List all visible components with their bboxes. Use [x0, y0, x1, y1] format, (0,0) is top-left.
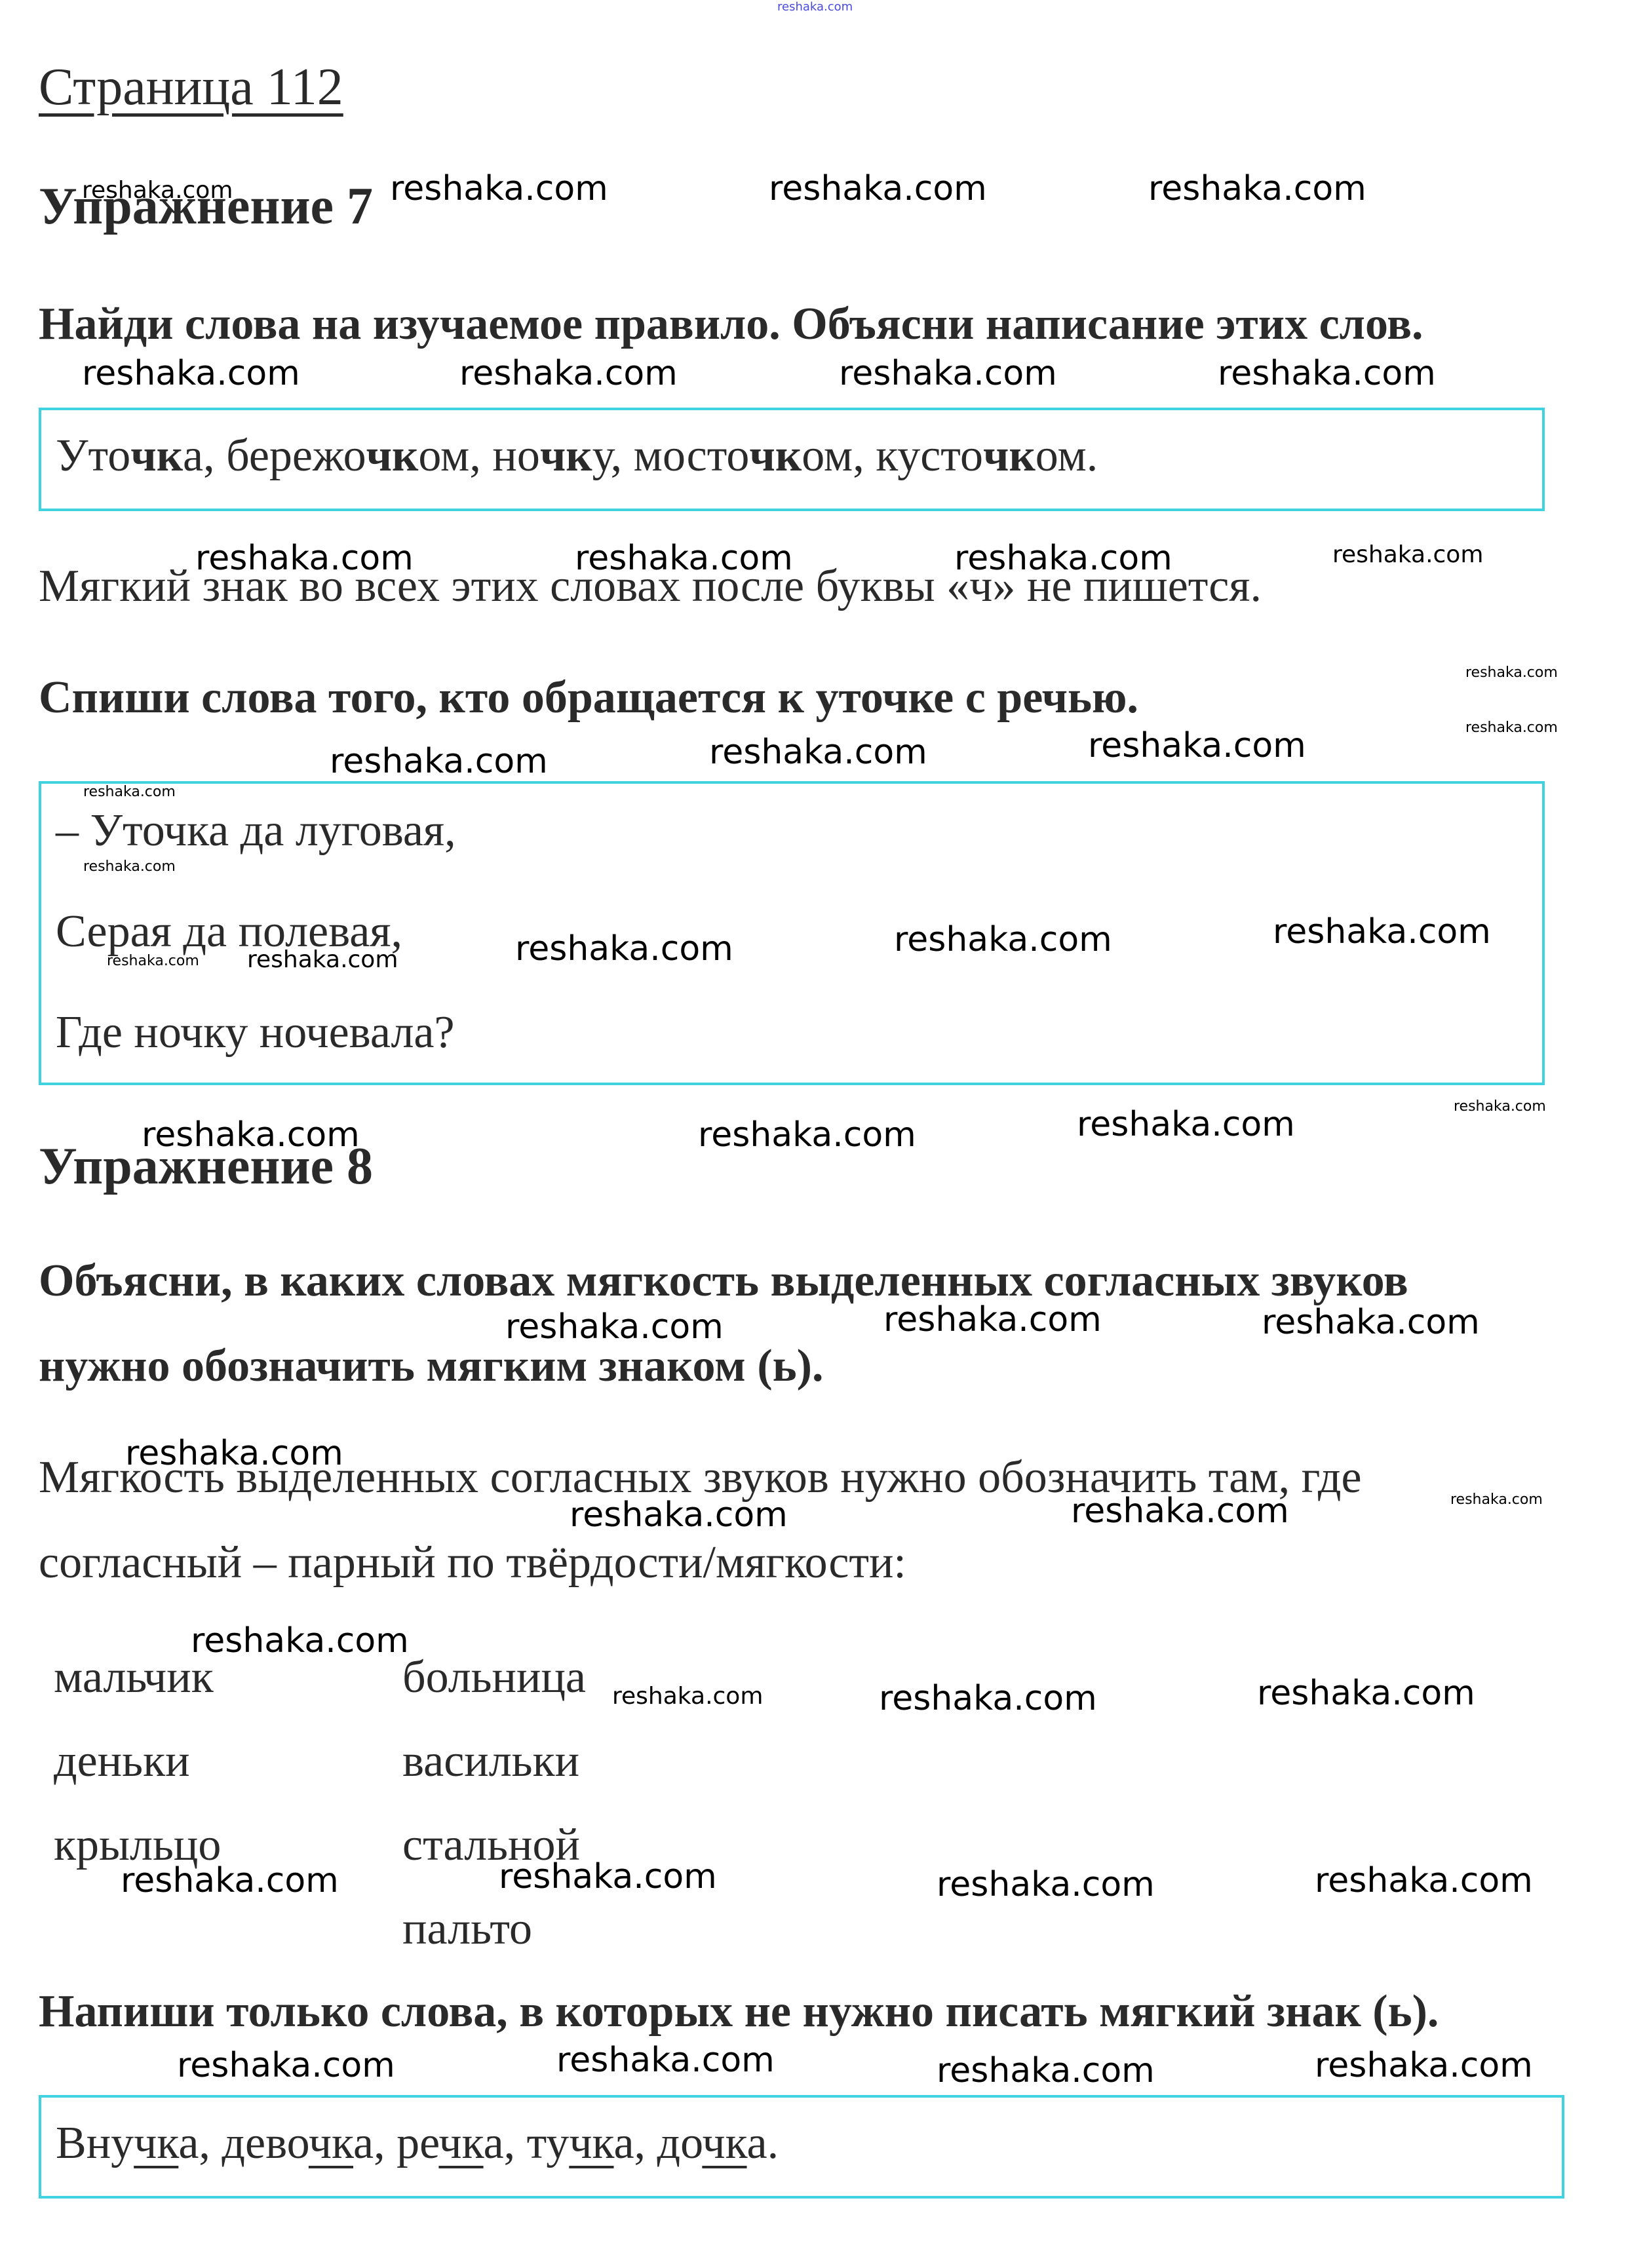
answer-1-text: Уточка, бережочком, ночку, мосточком, ку…	[56, 430, 1098, 482]
watermark: reshaka.com	[1077, 1105, 1295, 1144]
watermark: reshaka.com	[499, 1857, 717, 1896]
watermark: reshaka.com	[1454, 1098, 1546, 1115]
watermark: reshaka.com	[515, 929, 733, 969]
watermark: reshaka.com	[937, 2051, 1155, 2090]
watermark: reshaka.com	[83, 858, 176, 875]
highlighted-letters: чк	[130, 431, 183, 481]
watermark: reshaka.com	[575, 539, 793, 578]
highlighted-letters: чк	[983, 431, 1036, 481]
watermark: reshaka.com	[1332, 541, 1483, 568]
watermark: reshaka.com	[894, 920, 1112, 959]
watermark: reshaka.com	[1257, 1674, 1475, 1713]
watermark: reshaka.com	[121, 1861, 339, 1900]
watermark: reshaka.com	[83, 784, 176, 800]
highlighted-letters: чк	[749, 431, 802, 481]
watermark: reshaka.com	[612, 1683, 763, 1710]
watermark: reshaka.com	[839, 354, 1057, 393]
word-col2-4: пальто	[402, 1903, 532, 1955]
watermark: reshaka.com	[330, 742, 548, 781]
watermark: reshaka.com	[1465, 664, 1558, 681]
watermark: reshaka.com	[556, 2041, 775, 2080]
watermark: reshaka.com	[107, 953, 199, 969]
underlined-letters: чк	[134, 2118, 178, 2168]
watermark: reshaka.com	[125, 1434, 343, 1473]
answer-box-3: Внучка, девочка, речка, тучка, дочка.	[39, 2095, 1564, 2199]
exercise-7-question-1: Найди слова на изучаемое правило. Объясн…	[39, 298, 1423, 351]
answer-box-1: Уточка, бережочком, ночку, мосточком, ку…	[39, 408, 1545, 511]
top-watermark: reshaka.com	[777, 0, 853, 14]
watermark: reshaka.com	[191, 1621, 409, 1661]
watermark: reshaka.com	[505, 1307, 724, 1347]
answer-3-text: Внучка, девочка, речка, тучка, дочка.	[56, 2117, 779, 2170]
exercise-8-question-2: Напиши только слова, в которых не нужно …	[39, 1986, 1439, 2038]
underlined-letters: чк	[569, 2118, 613, 2168]
watermark: reshaka.com	[769, 169, 987, 208]
watermark: reshaka.com	[1273, 912, 1491, 951]
watermark: reshaka.com	[247, 946, 398, 973]
watermark: reshaka.com	[142, 1115, 360, 1155]
exercise-7-question-2: Спиши слова того, кто обращается к уточк…	[39, 672, 1138, 724]
highlighted-letters: чк	[366, 431, 419, 481]
word-col2-1: больница	[402, 1651, 586, 1704]
watermark: reshaka.com	[390, 169, 608, 208]
watermark: reshaka.com	[459, 354, 678, 393]
word-col1-1: мальчик	[54, 1651, 214, 1704]
poem-line-1: – Уточка да луговая,	[56, 805, 456, 857]
underlined-letters: чк	[702, 2118, 746, 2168]
word-col1-2: деньки	[54, 1735, 190, 1788]
exercise-8-answer-line-2: согласный – парный по твёрдости/мягкости…	[39, 1537, 906, 1589]
watermark: reshaka.com	[1315, 2046, 1533, 2085]
underlined-letters: чк	[309, 2118, 353, 2168]
watermark: reshaka.com	[954, 539, 1172, 578]
exercise-8-question-1-line-2: нужно обозначить мягким знаком (ь).	[39, 1340, 824, 1393]
underlined-letters: чк	[438, 2118, 483, 2168]
watermark: reshaka.com	[1465, 720, 1558, 736]
poem-line-3: Где ночку ночевала?	[56, 1007, 455, 1059]
word-col2-2: васильки	[402, 1735, 579, 1788]
watermark: reshaka.com	[1071, 1491, 1289, 1531]
watermark: reshaka.com	[195, 539, 414, 578]
watermark: reshaka.com	[82, 354, 300, 393]
watermark: reshaka.com	[879, 1679, 1097, 1718]
watermark: reshaka.com	[1450, 1491, 1543, 1508]
watermark: reshaka.com	[698, 1115, 916, 1155]
watermark: reshaka.com	[177, 2046, 395, 2085]
watermark: reshaka.com	[1088, 726, 1306, 765]
watermark: reshaka.com	[937, 1865, 1155, 1904]
watermark: reshaka.com	[1262, 1303, 1480, 1342]
watermark: reshaka.com	[1315, 1861, 1533, 1900]
page-title: Страница 112	[39, 58, 343, 117]
watermark: reshaka.com	[883, 1300, 1102, 1339]
watermark: reshaka.com	[570, 1495, 788, 1535]
watermark: reshaka.com	[82, 177, 233, 204]
watermark: reshaka.com	[1218, 354, 1436, 393]
watermark: reshaka.com	[1148, 169, 1366, 208]
exercise-8-question-1-line-1: Объясни, в каких словах мягкость выделен…	[39, 1255, 1408, 1307]
watermark: reshaka.com	[709, 733, 927, 772]
highlighted-letters: чк	[540, 431, 592, 481]
